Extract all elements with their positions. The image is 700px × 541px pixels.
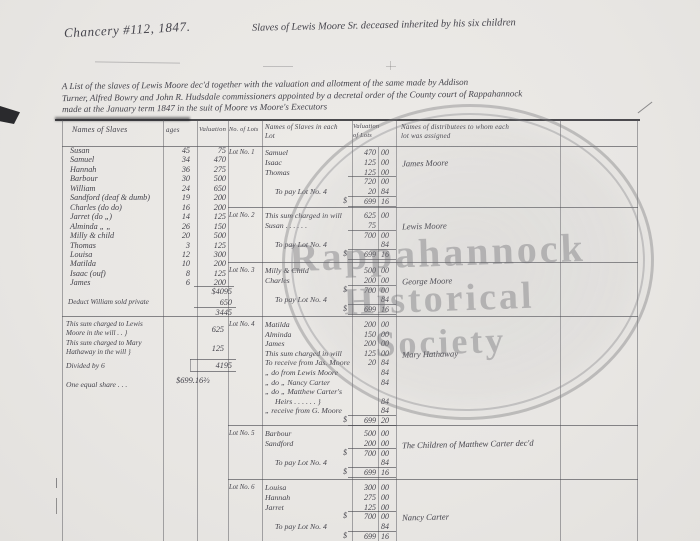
lot-separator [228,262,638,263]
slave-age: 45 [160,146,190,155]
amount-cents: 84 [381,240,395,249]
lot-row-text: James [265,339,285,348]
lot-row-text: Sandford [265,439,293,448]
amount-cents: 84 [381,378,395,387]
amount-cents: 00 [381,349,395,358]
amount-cents: 00 [381,503,395,512]
amount-dollars: 125 [350,158,376,167]
slave-name: Sandford (deaf & dumb) [70,193,150,202]
slave-age: 20 [160,231,190,240]
amount-cents: 00 [381,449,395,458]
slave-valuation: 75 [192,146,226,155]
summary-divided-box-bottom [190,371,236,372]
lot-separator [228,316,638,317]
amount-cents: 00 [381,177,395,186]
grid-vline [637,120,638,541]
summary-share-value: $699.16⅔ [176,376,210,385]
slave-age: 24 [160,184,190,193]
amount-dollars: 300 [350,483,376,492]
amount-dollars: 699 [350,468,376,477]
lot-row-text: Hannah [265,493,290,502]
amount-cents: 00 [381,231,395,240]
summary-note2-value: 125 [190,344,224,353]
summary-deduct-label: Deduct William sold private [68,298,149,306]
amount-cents: 00 [381,211,395,220]
slave-name: Samuel [70,155,94,164]
amount-dollars: 200 [350,439,376,448]
amount-cents: 00 [381,493,395,502]
scanned-document: Chancery #112, 1847. Slaves of Lewis Moo… [0,0,700,541]
amount-cents: 16 [381,197,395,206]
header-lot-names-line1: Names of Slaves in each [265,123,338,131]
amount-dollars: 470 [350,148,376,157]
summary-note2-line2: Hathaway in the will } [66,348,131,356]
summary-note2-line1: This sum charged to Mary [66,339,142,347]
amount-cents: 84 [381,295,395,304]
summary-total: $4095 [188,287,232,296]
amount-dollars: 625 [350,211,376,220]
lot-row-text: Charles [265,276,290,285]
amount-dollars: 125 [350,349,376,358]
slave-name: Barbour [70,174,98,183]
slave-valuation: 200 [192,203,226,212]
amount-dollars: 699 [350,305,376,314]
amount-dollars: 20 [350,358,376,367]
slave-valuation: 275 [192,165,226,174]
lot-separator [228,425,638,426]
amount-dollars: 720 [350,177,376,186]
slave-valuation: 470 [192,155,226,164]
summary-note1-line2: Moore in the will . . } [66,329,127,337]
header-lot-valuation-line2: of Lots [353,132,372,139]
grid-vline [262,120,263,541]
lot-row-text: „ do „ Nancy Carter [265,378,330,387]
amount-cents: 00 [381,512,395,521]
amount-cents: 16 [381,468,395,477]
slave-name: Louisa [70,250,92,259]
amount-dollars: 699 [350,416,376,425]
amount-cents: 00 [381,148,395,157]
slave-valuation: 125 [192,241,226,250]
slave-age: 34 [160,155,190,164]
amount-cents: 84 [381,522,395,531]
dollar-sign: $ [343,196,347,205]
lot-row-text: To receive from Jas. Moore [265,358,350,367]
header-lot-valuation-line1: Valuation [353,123,379,130]
lot-row-text: Isaac [265,158,282,167]
amount-cents: 00 [381,439,395,448]
summary-note1-line1: This sum charged to Lewis [66,320,143,328]
header-valuation: Valuation [199,126,226,133]
lot-row-text: Jarret [265,503,284,512]
slave-name: Susan [70,146,90,155]
amount-dollars: 125 [350,168,376,177]
amount-cents: 00 [381,158,395,167]
lot-row-text: Heirs . . . . . . } [275,397,321,406]
lot-row-text: To pay Lot No. 4 [275,295,327,304]
amount-cents: 00 [381,168,395,177]
dollar-sign: $ [343,304,347,313]
summary-divided-value: 4195 [190,361,232,370]
lot-row-text: This sum charged in will [265,349,342,358]
amount-dollars: 699 [350,197,376,206]
table-top-smudge [55,117,190,121]
amount-cents: 84 [381,397,395,406]
distributee-name: Lewis Moore [402,220,447,231]
dollar-sign: $ [343,448,347,457]
slave-name: William [70,184,95,193]
slave-age: 14 [160,212,190,221]
amount-cents: 84 [381,368,395,377]
amount-cents: 00 [381,286,395,295]
allotment-table: Names of Slaves ages Valuation No. of Lo… [0,0,700,541]
slave-valuation: 200 [192,259,226,268]
lot-row-text: Barbour [265,429,291,438]
amount-cents: 20 [381,416,395,425]
amount-dollars: 700 [350,231,376,240]
grid-vline [396,120,397,541]
amount-dollars: 700 [350,286,376,295]
amount-dollars: 500 [350,429,376,438]
slave-name: Matilda [70,259,96,268]
amount-dollars: 500 [350,266,376,275]
amount-cents: 00 [381,429,395,438]
slave-name: Milly & child [70,231,114,240]
amount-cents: 00 [381,266,395,275]
slave-name: Charles (do do) [70,203,122,212]
slave-age: 3 [160,241,190,250]
header-lot-names-line2: Lot [265,132,275,140]
slave-valuation: 150 [192,222,226,231]
lot-label: Lot No. 5 [229,430,255,437]
header-names-of-slaves: Names of Slaves [72,125,127,134]
amount-cents: 00 [381,483,395,492]
distributee-name: Mary Hathaway [402,348,458,359]
summary-note1-value: 625 [190,325,224,334]
slave-valuation: 125 [192,212,226,221]
dollar-sign: $ [343,285,347,294]
summary-divided-box-top [190,359,236,360]
lot-row-text: To pay Lot No. 4 [275,458,327,467]
lot-label: Lot No. 3 [229,267,255,274]
slave-age: 30 [160,174,190,183]
slave-valuation: 500 [192,174,226,183]
amount-dollars: 699 [350,250,376,259]
lot-label: Lot No. 2 [229,212,255,219]
lot-label: Lot No. 4 [229,321,255,328]
amount-dollars: 700 [350,512,376,521]
amount-dollars: 125 [350,503,376,512]
grid-vline [560,120,561,541]
header-distributees-line2: lot was assigned [401,132,450,140]
lot-row-text: Milly & Child [265,266,309,275]
amount-cents: 16 [381,305,395,314]
amount-cents: 00 [381,330,395,339]
lot-separator [228,479,638,480]
lot-row-text: Samuel [265,148,288,157]
lot-row-text: Louisa [265,483,286,492]
amount-cents: 84 [381,187,395,196]
amount-dollars: 75 [350,221,376,230]
dollar-sign: $ [343,249,347,258]
dollar-sign: $ [343,467,347,476]
slave-name: Thomas [70,241,96,250]
header-no-of-lots: No. of Lots [229,126,259,133]
slave-age: 6 [160,278,190,287]
slave-age: 8 [160,269,190,278]
slave-name: Jarret (do „) [70,212,112,221]
summary-share-label: One equal share . . . [66,380,127,389]
slave-name: James [70,278,90,287]
lot-row-text: „ receive from G. Moore [265,406,342,415]
lot-row-text: To pay Lot No. 4 [275,522,327,531]
lot-separator [228,207,638,208]
grid-vline [228,120,229,541]
distributee-name: James Moore [402,157,448,168]
dollar-sign: $ [343,511,347,520]
amount-dollars: 200 [350,320,376,329]
amount-dollars: 275 [350,493,376,502]
lot-row-text: „ do „ Matthew Carter's [265,387,342,396]
summary-net: 3445 [192,308,232,317]
amount-cents: 84 [381,358,395,367]
lot-row-text: Susan . . . . . . [265,221,307,230]
header-distributees-line1: Names of distributees to whom each [401,123,509,131]
amount-dollars: 700 [350,449,376,458]
distributee-name: The Children of Matthew Carter dec'd [402,437,534,450]
slave-valuation: 650 [192,184,226,193]
summary-divided-label: Divided by 6 [66,361,105,370]
lot-row-text: „ do from Lewis Moore [265,368,338,377]
distributee-name: George Moore [402,275,452,286]
amount-dollars: 699 [350,532,376,541]
amount-cents: 16 [381,532,395,541]
lot-row-text: Alminda [265,330,291,339]
amount-cents: 00 [381,339,395,348]
slave-age: 26 [160,222,190,231]
slave-age: 12 [160,250,190,259]
summary-deduct-value: 650 [196,298,232,307]
amount-cents: 84 [381,458,395,467]
slave-valuation: 200 [192,193,226,202]
slave-name: Hannah [70,165,96,174]
header-ages: ages [166,126,180,134]
lot-label: Lot No. 6 [229,484,255,491]
lot-row-text: To pay Lot No. 4 [275,187,327,196]
distributee-name: Nancy Carter [402,512,449,523]
slave-age: 16 [160,203,190,212]
amount-dollars: 20 [350,187,376,196]
amount-dollars: 200 [350,339,376,348]
lot-row-text: This sum charged in will [265,211,342,220]
amount-dollars: 150 [350,330,376,339]
slave-age: 19 [160,193,190,202]
grid-vline [62,120,63,541]
dollar-sign: $ [343,531,347,540]
amount-cents: 00 [381,276,395,285]
slave-name: Alminda „ „ [70,222,111,231]
amount-cents: 00 [381,320,395,329]
slave-valuation: 125 [192,269,226,278]
lot-row-text: Thomas [265,168,290,177]
amount-cents: 16 [381,250,395,259]
lot-row-text: To pay Lot No. 4 [275,240,327,249]
dollar-sign: $ [343,415,347,424]
lot-row-text: Matilda [265,320,290,329]
slave-name: Isaac (ouf) [70,269,106,278]
lot-label: Lot No. 1 [229,149,255,156]
slave-age: 10 [160,259,190,268]
slave-valuation: 300 [192,250,226,259]
slave-valuation: 500 [192,231,226,240]
header-bottom-line [62,146,637,147]
slave-age: 36 [160,165,190,174]
amount-dollars: 200 [350,276,376,285]
